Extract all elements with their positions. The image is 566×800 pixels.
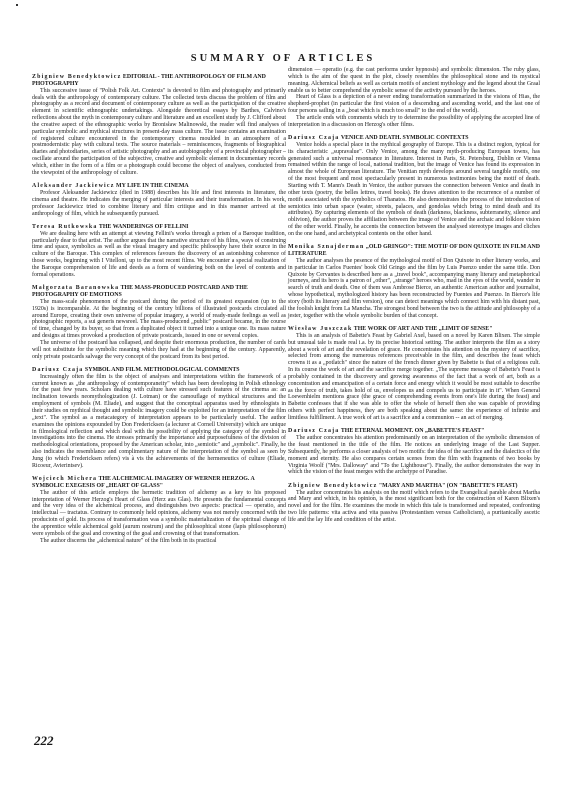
article-author: Dariusz Czaja — [288, 135, 339, 141]
article-heading: Monika Sznajderman „OLD GRINGO": THE MOT… — [288, 244, 540, 258]
article-author: Zbigniew Benedyktowicz — [32, 74, 121, 80]
article-paragraph: Profesor Aleksander Jackiewicz (died in … — [32, 190, 286, 217]
article-paragraph: The mass-scale phenomenon of the postcar… — [32, 299, 286, 340]
article-summary: Dariusz Czaja VENICE AND DEATH. SYMBOLIC… — [288, 135, 540, 238]
article-heading: Aleksander Jackiewicz MY LIFE IN THE CIN… — [32, 183, 286, 190]
article-heading: Teresa Rutkowska THE WANDERINGS OF FELLI… — [32, 224, 286, 231]
article-paragraph: The universe of the postcard has collaps… — [32, 340, 286, 361]
page-number: 222 — [34, 733, 54, 749]
article-summary: Wiesław Juszczak THE WORK OF ART AND THE… — [288, 326, 540, 422]
article-summary: Małgorzata Baranowska THE MASS-PRODUCED … — [32, 285, 286, 360]
article-heading: Dariusz Czaja VENICE AND DEATH. SYMBOLIC… — [288, 135, 540, 142]
article-summary: dimension — operatio (e.g. the cast perf… — [288, 67, 540, 129]
article-paragraph: This is an analysis of Babette's Feast b… — [288, 333, 540, 422]
article-heading: Dariusz Czaja SYMBOL AND FILM. METHODOLO… — [32, 367, 286, 374]
article-author: Teresa Rutkowska — [32, 224, 98, 230]
article-paragraph: The author concentrates his attention pr… — [288, 435, 540, 476]
article-paragraph: The article ends with comments which try… — [288, 115, 540, 129]
article-paragraph: The author discerns the „alchemical natu… — [32, 538, 286, 545]
article-author: Małgorzata Baranowska — [32, 285, 119, 291]
article-summary: Wojciech Michera THE ALCHEMICAL IMAGERY … — [32, 476, 286, 544]
article-author: Aleksander Jackiewicz — [32, 183, 115, 189]
article-title: THE WORK OF ART AND THE „LIMIT OF SENSE" — [354, 326, 493, 332]
page-title: SUMMARY OF ARTICLES — [0, 53, 566, 64]
article-summary: Zbigniew Benedyktowicz "MARY AND MARTHA"… — [288, 483, 540, 524]
article-title: MY LIFE IN THE CINEMA — [116, 183, 189, 189]
article-paragraph: We are dealing here with an attempt at v… — [32, 231, 286, 279]
article-paragraph: Venice holds a special place in the myth… — [288, 142, 540, 238]
article-paragraph: The author of this article employs the h… — [32, 490, 286, 538]
article-author: Dariusz Czaja — [288, 428, 339, 434]
article-summary: Teresa Rutkowska THE WANDERINGS OF FELLI… — [32, 224, 286, 279]
article-paragraph: Increasingly often the film is the objec… — [32, 374, 286, 470]
article-summary: Zbigniew Benedyktowicz EDITORIAL - THE A… — [32, 74, 286, 177]
article-title: THE WANDERINGS OF FELLINI — [99, 224, 189, 230]
article-heading: Wojciech Michera THE ALCHEMICAL IMAGERY … — [32, 476, 286, 490]
article-author: Wiesław Juszczak — [288, 326, 352, 332]
article-paragraph: dimension — operatio (e.g. the cast perf… — [288, 67, 540, 94]
article-title: THE ETERNAL MOMENT. ON „BABETTE'S FEAST" — [341, 428, 485, 434]
article-title: "MARY AND MARTHA" (ON "BABETTE'S FEAST) — [379, 483, 518, 489]
article-summary: Dariusz Czaja THE ETERNAL MOMENT. ON „BA… — [288, 428, 540, 476]
left-column: Zbigniew Benedyktowicz EDITORIAL - THE A… — [32, 74, 286, 551]
article-author: Dariusz Czaja — [32, 367, 83, 373]
article-heading: Wiesław Juszczak THE WORK OF ART AND THE… — [288, 326, 540, 333]
article-summary: Aleksander Jackiewicz MY LIFE IN THE CIN… — [32, 183, 286, 217]
article-author: Monika Sznajderman — [288, 244, 364, 250]
article-summary: Dariusz Czaja SYMBOL AND FILM. METHODOLO… — [32, 367, 286, 470]
article-title: SYMBOL AND FILM. METHODOLOGICAL COMMENTS — [85, 367, 240, 373]
scan-mark — [16, 4, 18, 6]
article-summary: Monika Sznajderman „OLD GRINGO": THE MOT… — [288, 244, 540, 319]
article-heading: Zbigniew Benedyktowicz "MARY AND MARTHA"… — [288, 483, 540, 490]
article-heading: Zbigniew Benedyktowicz EDITORIAL - THE A… — [32, 74, 286, 88]
article-paragraph: This successive issue of "Polish Folk Ar… — [32, 88, 286, 177]
article-title: VENICE AND DEATH. SYMBOLIC CONTEXTS — [341, 135, 469, 141]
article-paragraph: Heart of Glass is a depiction of a never… — [288, 94, 540, 115]
article-heading: Małgorzata Baranowska THE MASS-PRODUCED … — [32, 285, 286, 299]
article-paragraph: The author analyses the pesence of the m… — [288, 258, 540, 320]
article-author: Wojciech Michera — [32, 476, 97, 482]
right-column: dimension — operatio (e.g. the cast perf… — [288, 67, 540, 530]
article-author: Zbigniew Benedyktowicz — [288, 483, 377, 489]
article-paragraph: The author concentrates his analysis on … — [288, 490, 540, 524]
